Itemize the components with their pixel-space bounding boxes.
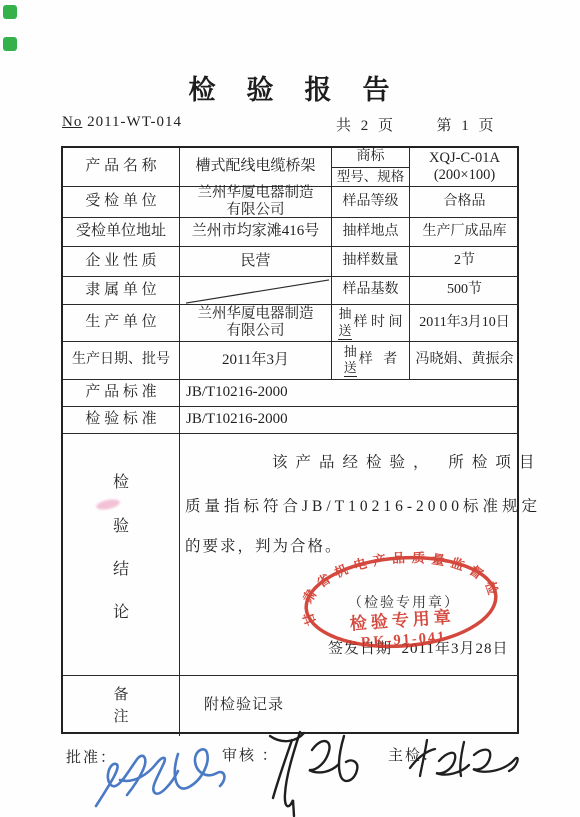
- page-title: 检 验 报 告: [0, 68, 580, 107]
- review-label: 审核 ：: [222, 744, 279, 765]
- sample-base-label: 样品基数: [332, 277, 410, 305]
- seal-caption: （检验专用章）: [348, 596, 460, 612]
- conclusion-line2: 质量指标符合JB/T10216-2000标准规定: [185, 498, 541, 516]
- affiliated-unit-label: 隶 属 单 位: [63, 277, 180, 305]
- producer-line1: 兰州华厦电器制造: [198, 306, 314, 323]
- enterprise-type-label: 企 业 性 质: [63, 247, 180, 277]
- sampling-time-label: 抽 送 样 时 间: [332, 305, 410, 342]
- model-spec-value: XQJ-C-01A (200×100): [410, 148, 519, 187]
- conclusion-char-2: 验: [113, 518, 129, 536]
- remark-char-1: 备: [113, 684, 128, 707]
- report-table: 产 品 名 称 槽式配线电缆桥架 商标 型号、规格 XQJ-C-01A (200…: [61, 146, 519, 734]
- product-standard-value: JB/T10216-2000: [180, 380, 519, 407]
- song-char-2: 送: [344, 360, 357, 377]
- signature-review: [270, 732, 357, 816]
- conclusion-line3: 的要求，判为合格。: [185, 538, 343, 556]
- producer-line2: 有限公司: [227, 323, 285, 340]
- sampler-label: 抽 送 样 者: [332, 342, 410, 380]
- sampling-place-value: 生产厂成品库: [410, 218, 519, 247]
- conclusion-line1: 该产品经检验， 所检项目: [272, 454, 542, 472]
- sampler-label-stack: 抽 送: [344, 344, 357, 378]
- sample-grade-value: 合格品: [410, 187, 519, 218]
- conclusion-char-1: 检: [113, 474, 129, 492]
- inspection-standard-label: 检 验 标 准: [63, 407, 180, 434]
- trademark-label: 商标: [332, 148, 409, 168]
- page-count: 共 2 页 第 1 页: [336, 114, 497, 135]
- green-marker-2: [3, 37, 17, 51]
- inspected-unit-value: 兰州华厦电器制造 有限公司: [180, 187, 332, 218]
- report-number: No 2011-WT-014: [62, 114, 182, 131]
- issue-date-line: 签发日期 2011年3月28日: [328, 641, 508, 658]
- sampling-time-value: 2011年3月10日: [410, 305, 519, 342]
- sampling-time-label-stack: 抽 送: [338, 306, 351, 340]
- unit-address-label: 受检单位地址: [63, 218, 180, 247]
- product-standard-label: 产 品 标 准: [63, 380, 180, 407]
- report-number-prefix: No: [62, 114, 82, 130]
- conclusion-char-3: 结: [113, 561, 129, 579]
- sampler-value: 冯晓娟、黄振余: [410, 342, 519, 380]
- remark-char-2: 注: [113, 706, 128, 729]
- approve-label: 批准：: [66, 746, 117, 767]
- inspected-unit-line1: 兰州华厦电器制造: [198, 185, 314, 202]
- sampler-label-text: 样 者: [359, 352, 398, 368]
- conclusion-char-4: 论: [113, 604, 129, 622]
- sampling-qty-label: 抽样数量: [332, 247, 410, 277]
- chou-char-2: 抽: [344, 344, 357, 360]
- producer-label: 生 产 单 位: [63, 305, 180, 342]
- conclusion-label: 检 验 结 论: [63, 434, 180, 676]
- sample-grade-label: 样品等级: [332, 187, 410, 218]
- sampling-qty-value: 2节: [410, 247, 519, 277]
- affiliated-unit-value: [180, 277, 332, 305]
- production-date-label: 生产日期、批号: [63, 342, 180, 380]
- inspection-standard-value: JB/T10216-2000: [180, 407, 519, 434]
- diagonal-slash: [180, 277, 331, 304]
- sampling-place-label: 抽样地点: [332, 218, 410, 247]
- remark-value: 附检验记录: [180, 676, 519, 736]
- product-name-value: 槽式配线电缆桥架: [180, 148, 332, 187]
- report-number-value: 2011-WT-014: [82, 114, 182, 130]
- chou-char: 抽: [338, 306, 351, 322]
- enterprise-type-value: 民营: [180, 247, 332, 277]
- green-marker-1: [3, 5, 17, 19]
- issue-date-value: 2011年3月28日: [392, 641, 508, 657]
- conclusion-body: 该产品经检验， 所检项目 质量指标符合JB/T10216-2000标准规定 的要…: [180, 434, 519, 676]
- production-date-value: 2011年3月: [180, 342, 332, 380]
- model-spec-value-line2: (200×100): [434, 167, 495, 184]
- unit-address-value: 兰州市均家滩416号: [180, 218, 332, 247]
- chief-label: 主检：: [388, 744, 439, 765]
- model-spec-value-line1: XQJ-C-01A: [429, 150, 500, 167]
- sample-base-value: 500节: [410, 277, 519, 305]
- inspected-unit-line2: 有限公司: [227, 202, 285, 219]
- trademark-model-label: 商标 型号、规格: [332, 148, 410, 187]
- remark-label: 备 注: [63, 676, 180, 736]
- product-name-label: 产 品 名 称: [63, 148, 180, 187]
- inspection-report-page: 检 验 报 告 No 2011-WT-014 共 2 页 第 1 页 产 品 名…: [0, 0, 580, 817]
- inspected-unit-label: 受 检 单 位: [63, 187, 180, 218]
- signatures: [58, 726, 580, 817]
- issue-date-label: 签发日期: [328, 641, 392, 657]
- model-spec-label: 型号、规格: [332, 168, 409, 187]
- producer-value: 兰州华厦电器制造 有限公司: [180, 305, 332, 342]
- sampling-time-label-text: 样 时 间: [354, 315, 403, 331]
- song-char: 送: [338, 323, 351, 340]
